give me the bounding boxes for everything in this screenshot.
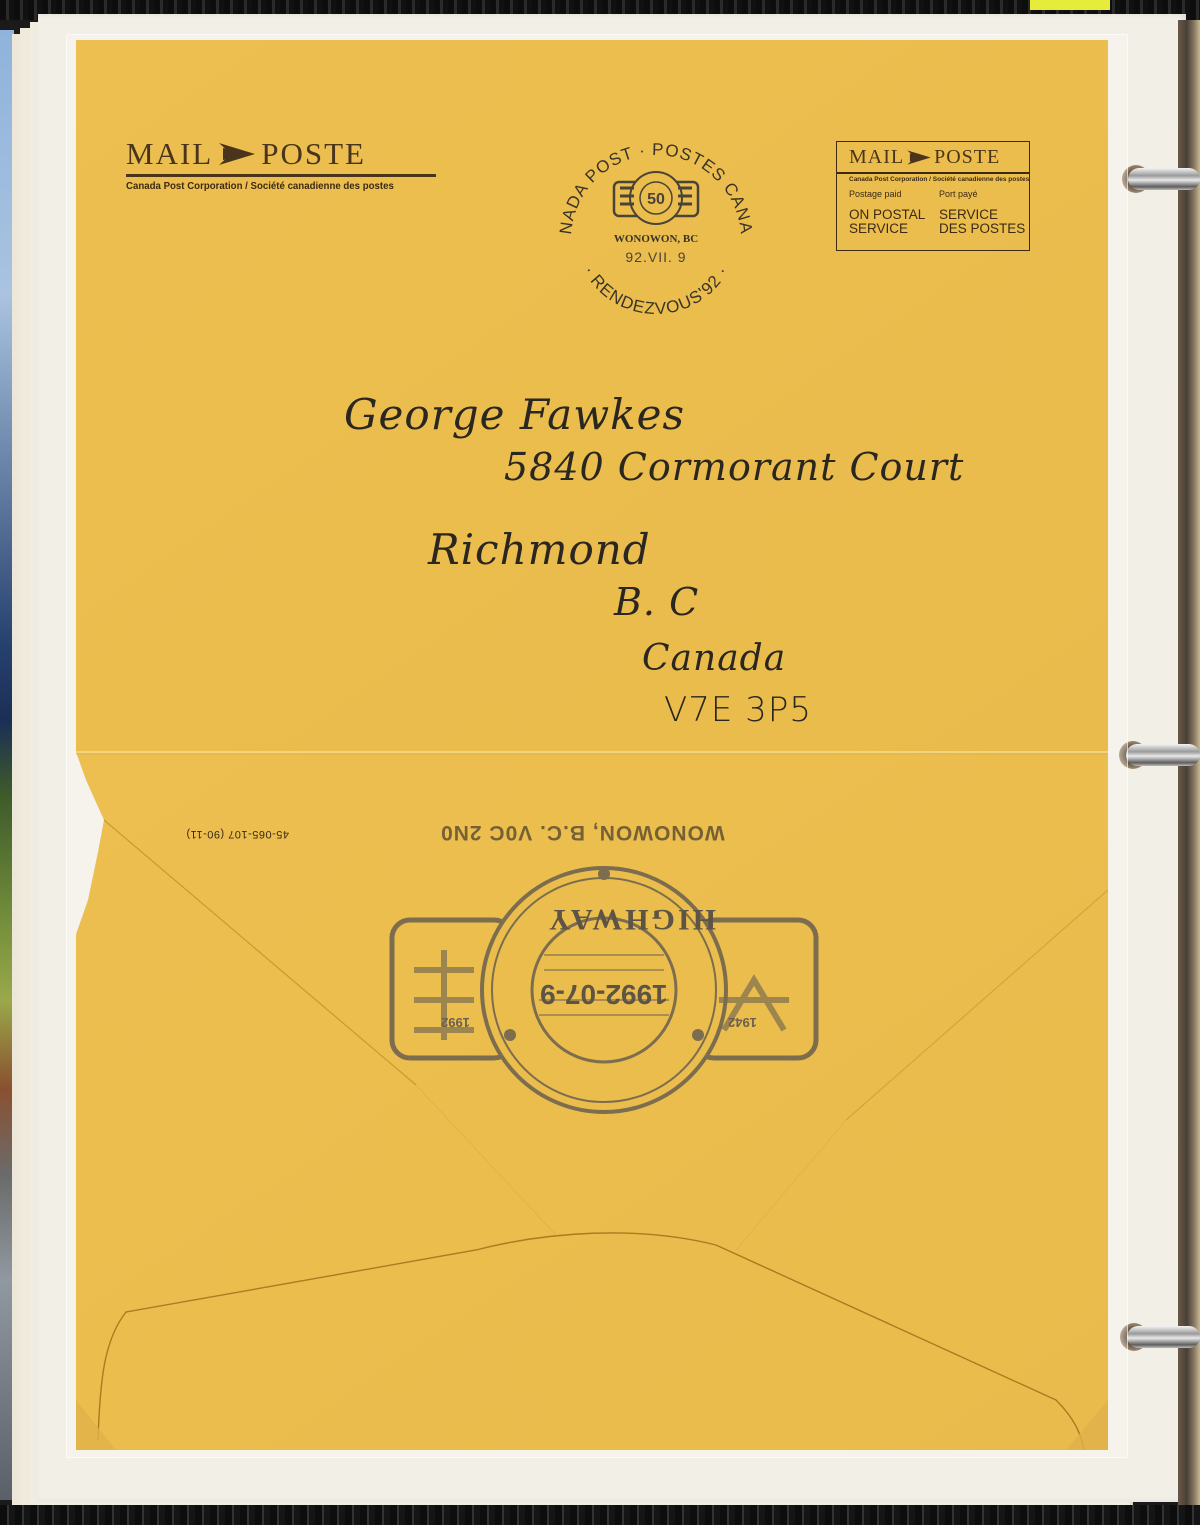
wing-arrow-icon [217, 141, 257, 167]
back-cachet-date: 1992-07-9 [540, 978, 668, 1010]
address-name: George Fawkes [344, 390, 685, 439]
postmark-place: WONOWON, BC [614, 233, 698, 245]
binder-ring-bottom[interactable] [1127, 1326, 1200, 1348]
service-fr-line2: DES POSTES [939, 222, 1029, 236]
envelope: MAIL POSTE Canada Post Corporation / Soc… [76, 40, 1108, 1450]
binder-cover-bottom [0, 1505, 1200, 1525]
address-province: B. C [614, 580, 699, 624]
indicia-word-poste: POSTE [934, 146, 1000, 169]
address-city: Richmond [428, 525, 651, 574]
service-en-line1: ON POSTAL [849, 208, 939, 222]
postmark-arc-bottom: · RENDEZVOUS'92 · [580, 263, 732, 319]
indicia-word-mail: MAIL [849, 146, 904, 169]
address-postal-code: V7E 3P5 [664, 690, 812, 730]
service-en: ON POSTAL SERVICE [849, 208, 939, 236]
logo-word-poste: POSTE [261, 136, 366, 172]
envelope-form-code: 45-065-107 (90-11) [186, 828, 289, 840]
back-cachet-year-left: 1992 [441, 1015, 470, 1030]
logo-rule [126, 174, 436, 177]
back-cachet-year-right: 1942 [728, 1015, 757, 1030]
service-fr: SERVICE DES POSTES [939, 208, 1029, 236]
service-fr-line1: SERVICE [939, 208, 1029, 222]
indicia-corporation: Canada Post Corporation / Société canadi… [837, 174, 1029, 183]
svg-text:· RENDEZVOUS'92 ·: · RENDEZVOUS'92 · [580, 263, 732, 319]
postmark-date: 92.VII. 9 [625, 249, 686, 265]
yellow-tab [1030, 0, 1110, 10]
address-country: Canada [642, 638, 786, 679]
logo-subtitle: Canada Post Corporation / Société canadi… [126, 180, 411, 192]
postmark-cancellation: CANADA POST · POSTES CANADA · RENDEZVOUS… [546, 130, 766, 330]
postmark-emblem-number: 50 [647, 191, 665, 208]
logo-word-mail: MAIL [126, 136, 213, 172]
binder-ring-top[interactable] [1128, 168, 1200, 190]
postage-paid-indicia: MAIL POSTE Canada Post Corporation / Soc… [836, 141, 1030, 251]
port-paye-label: Port payé [939, 189, 1029, 199]
service-en-line2: SERVICE [849, 222, 939, 236]
mail-poste-logo: MAIL POSTE Canada Post Corporation / Soc… [126, 136, 436, 192]
return-address-stamp: WONOWON, B.C. V0C 2N0 [440, 820, 725, 844]
address-street: 5840 Cormorant Court [504, 445, 964, 489]
postage-paid-label: Postage paid [849, 189, 939, 199]
back-cachet-ring-top: HIGHWAY [546, 902, 716, 936]
binder-ring-middle[interactable] [1126, 744, 1200, 766]
wing-arrow-icon [906, 149, 932, 166]
